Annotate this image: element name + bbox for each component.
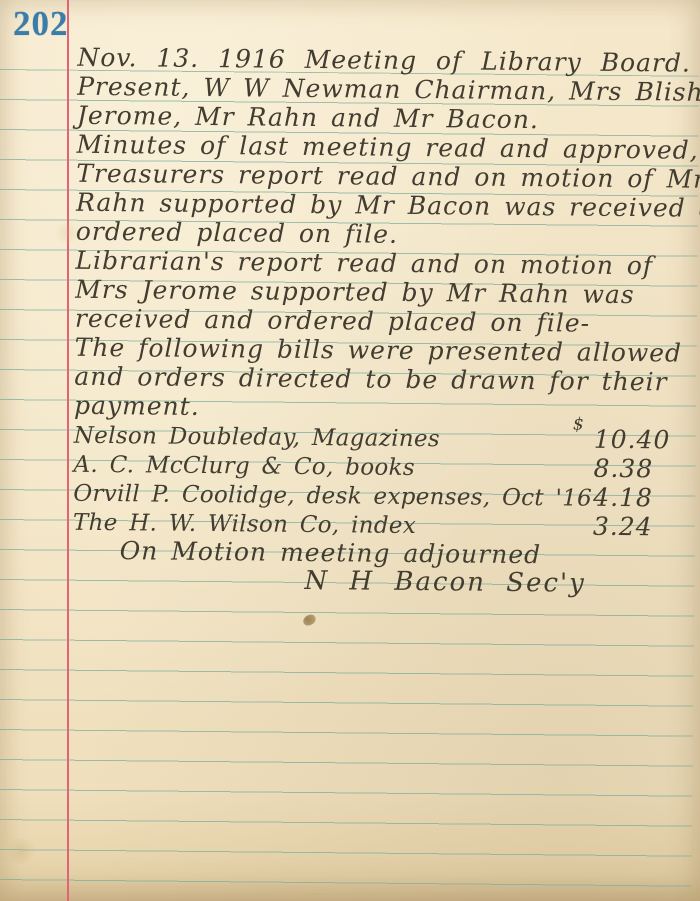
page-number: 202 [13,4,69,44]
paper-smudge [4,838,38,864]
dollar-sign: $ [573,411,584,440]
bill-payee-item: The H. W. Wilson Co, index [73,510,416,539]
bill-amount: 10.40 [594,425,671,455]
bill-payee-item: A. C. McClurg & Co, books [73,452,415,481]
ledger-page: Nov. 13. 1916 Meeting of Library Board.P… [0,0,700,901]
paper-smudge [52,222,82,244]
secretary-signature: N H Bacon Sec'y [304,567,690,600]
bill-amount: 8.38 [593,454,653,484]
handwritten-minutes: Nov. 13. 1916 Meeting of Library Board.P… [72,43,695,600]
bill-amount: 3.24 [593,512,653,542]
bill-payee-item: Nelson Doubleday, Magazines [74,423,440,453]
closing-line: On Motion meeting adjourned [120,536,691,570]
bill-amount: 4.18 [593,483,653,513]
scan-tilt-layer: Nov. 13. 1916 Meeting of Library Board.P… [0,0,700,901]
red-margin-line [67,0,69,901]
